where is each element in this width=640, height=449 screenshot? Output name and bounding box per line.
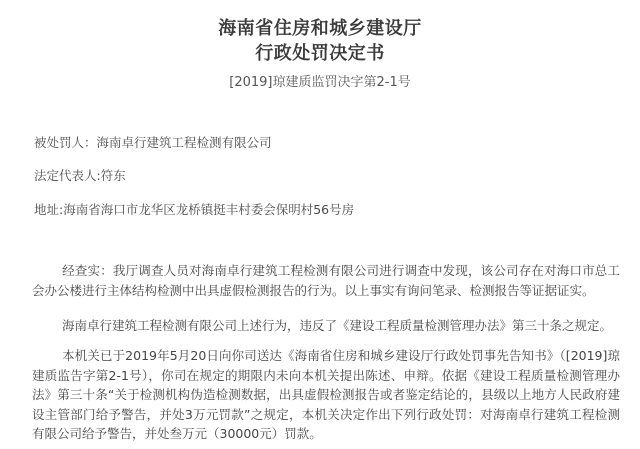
paragraph-violation: 海南卓行建筑工程检测有限公司上述行为，违反了《建设工程质量检测管理办法》第三十条… bbox=[32, 316, 620, 336]
paragraph-findings-text: 经查实：我厅调查人员对海南卓行建筑工程检测有限公司进行调查中发现，该公司存在对海… bbox=[32, 263, 620, 298]
document-title-type: 行政处罚决定书 bbox=[0, 39, 640, 65]
paragraph-violation-text: 海南卓行建筑工程检测有限公司上述行为，违反了《建设工程质量检测管理办法》第三十条… bbox=[62, 318, 612, 333]
paragraph-decision: 本机关已于2019年5月20日向你司送达《海南省住房和城乡建设厅行政处罚事先告知… bbox=[32, 346, 620, 444]
penalized-party: 被处罚人：海南卓行建筑工程检测有限公司 bbox=[34, 133, 272, 151]
paragraph-findings: 经查实：我厅调查人员对海南卓行建筑工程检测有限公司进行调查中发现，该公司存在对海… bbox=[32, 261, 620, 301]
legal-representative: 法定代表人:符东 bbox=[34, 166, 126, 184]
address: 地址:海南省海口市龙华区龙桥镇挺丰村委会保明村56号房 bbox=[34, 200, 354, 218]
document-number: [2019]琼建质监罚决字第2-1号 bbox=[0, 71, 640, 90]
document-title-authority: 海南省住房和城乡建设厅 bbox=[0, 14, 640, 40]
paragraph-decision-text: 本机关已于2019年5月20日向你司送达《海南省住房和城乡建设厅行政处罚事先告知… bbox=[32, 348, 620, 441]
